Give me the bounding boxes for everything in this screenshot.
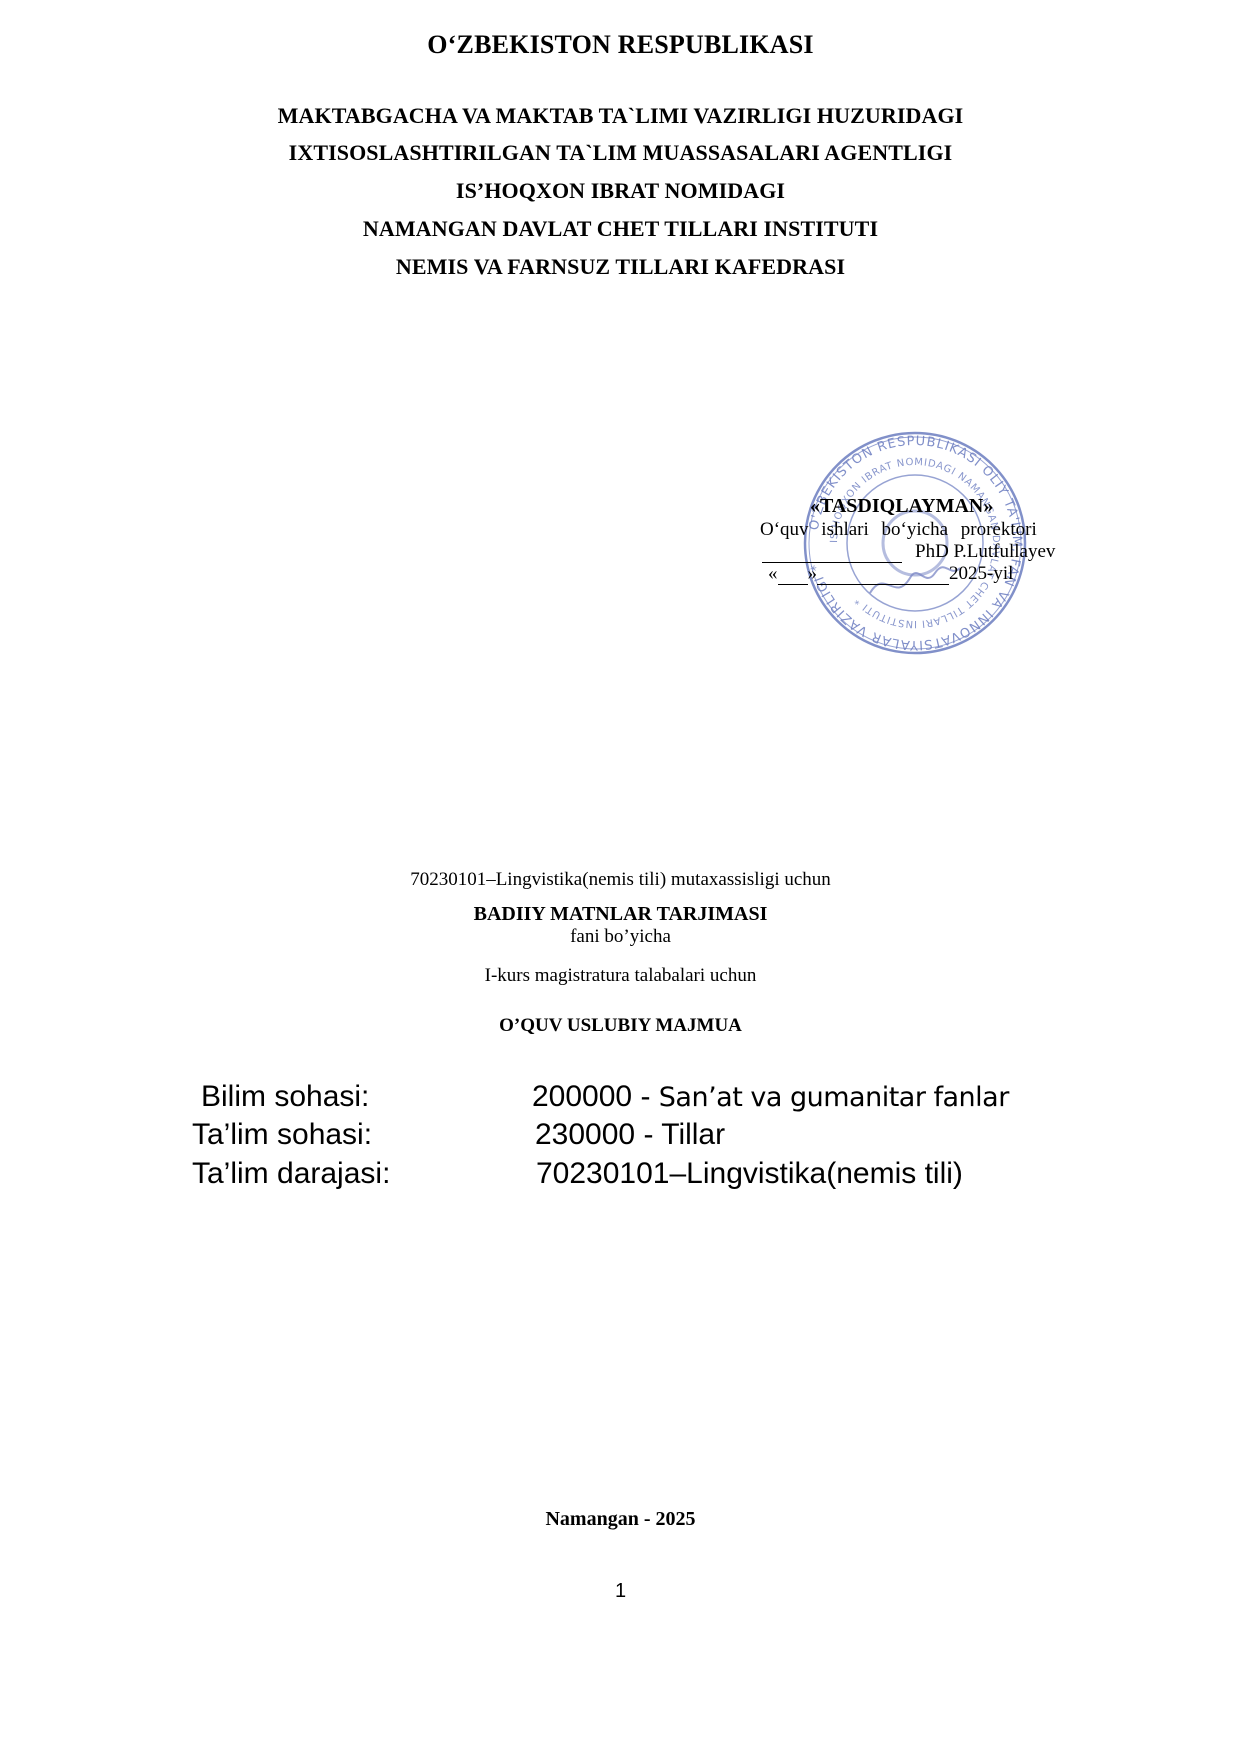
field-label: Ta’lim darajasi: (192, 1157, 390, 1191)
approval-block: O'ZBEKISTON RESPUBLIKASI OLIY TA'LIM, FA… (760, 428, 1100, 678)
month-blank (817, 568, 949, 585)
course-line: I-kurs magistratura talabalari uchun (0, 965, 1241, 987)
approver-name: PhD P.Lutfullayev (915, 541, 1055, 563)
field-value: 200000 - San’at va gumanitar fanlar (532, 1080, 1009, 1114)
city-year: Namangan - 2025 (0, 1508, 1241, 1531)
country-heading: O‘ZBEKISTON RESPUBLIKASI (0, 30, 1241, 60)
date-quote-close: » (808, 563, 818, 584)
institute-line: NAMANGAN DAVLAT CHET TILLARI INSTITUTI (0, 216, 1241, 242)
approver-role: O‘quv ishlari bo‘yicha prorektori (760, 519, 1037, 541)
document-type: O’QUV USLUBIY MAJMUA (0, 1015, 1241, 1037)
ministry-line: MAKTABGACHA VA MAKTAB TA`LIMI VAZIRLIGI … (0, 103, 1241, 129)
specialty-line: 70230101–Lingvistika(nemis tili) mutaxas… (0, 869, 1241, 891)
field-value: 70230101–Lingvistika(nemis tili) (536, 1157, 963, 1191)
approval-date: «»2025-yil (768, 563, 1013, 585)
named-after-line: IS’HOQXON IBRAT NOMIDAGI (0, 178, 1241, 204)
field-code: 200000 - (532, 1080, 659, 1113)
subject-suffix: fani bo’yicha (0, 926, 1241, 948)
subject-title: BADIIY MATNLAR TARJIMASI (0, 903, 1241, 926)
field-value: 230000 - Tillar (535, 1118, 725, 1152)
approval-year: 2025-yil (949, 563, 1013, 584)
field-description: San’at va gumanitar fanlar (659, 1082, 1009, 1113)
document-page: O‘ZBEKISTON RESPUBLIKASI MAKTABGACHA VA … (0, 0, 1241, 1755)
approval-title: «TASDIQLAYMAN» (810, 495, 993, 517)
agency-line: IXTISOSLASHTIRILGAN TA`LIM MUASSASALARI … (0, 140, 1241, 166)
day-blank (778, 568, 808, 585)
field-label: Bilim sohasi: (201, 1080, 369, 1114)
field-label: Ta’lim sohasi: (192, 1118, 372, 1152)
page-number: 1 (0, 1580, 1241, 1603)
department-line: NEMIS VA FARNSUZ TILLARI KAFEDRASI (0, 254, 1241, 280)
date-quote-open: « (768, 563, 778, 584)
